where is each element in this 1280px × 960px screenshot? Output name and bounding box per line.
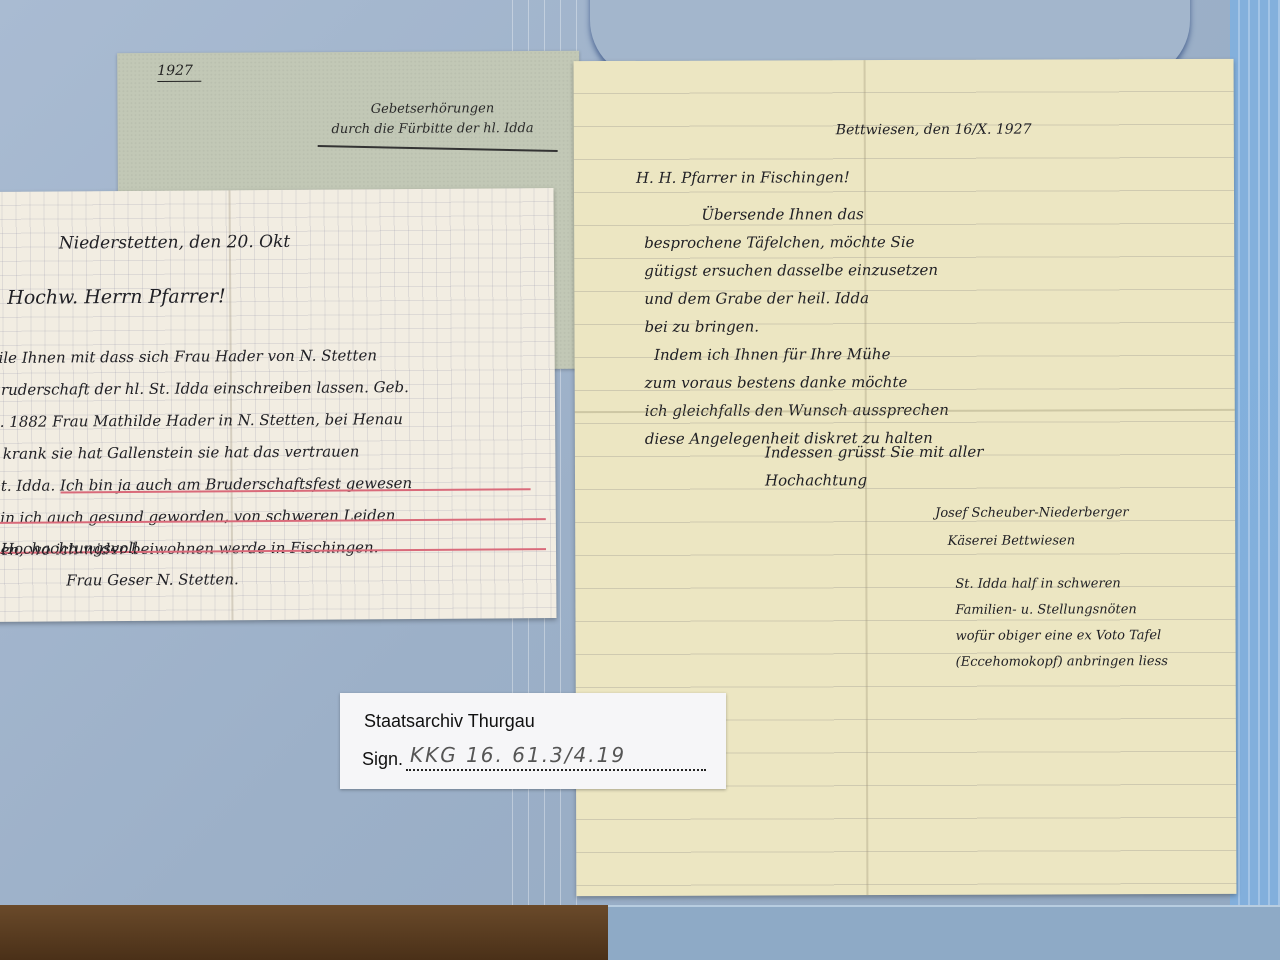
envelope-underline — [318, 145, 558, 152]
letter-date: Niederstetten, den 20. Okt — [59, 232, 290, 254]
label-dotted-line — [406, 767, 706, 771]
folder-edge — [1230, 0, 1280, 960]
label-sign-prefix: Sign. — [362, 749, 403, 770]
envelope-year: 1927 — [157, 63, 201, 82]
wooden-desk — [0, 905, 610, 960]
letter-date: Bettwiesen, den 16/X. 1927 — [836, 122, 1032, 139]
envelope-title: Gebetserhörungen durch die Fürbitte der … — [292, 99, 572, 140]
letter-niederstetten: Niederstetten, den 20. Okt Hochw. Herrn … — [0, 188, 556, 622]
letter-salutation: H. H. Pfarrer in Fischingen! — [636, 168, 850, 187]
envelope-title-line1: Gebetserhörungen — [292, 99, 572, 120]
letter-signature: Frau Geser N. Stetten. — [66, 570, 239, 589]
letter-body: Übersende Ihnen das besprochene Täfelche… — [644, 200, 949, 453]
letter-salutation: Hochw. Herrn Pfarrer! — [7, 285, 226, 309]
letter-closing: Hochachtungsvoll — [1, 539, 138, 558]
letter-annotation: St. Idda half in schweren Familien- u. S… — [955, 571, 1168, 676]
letter-body: eile Ihnen mit dass sich Frau Hader von … — [0, 339, 413, 566]
envelope-title-line2: durch die Fürbitte der hl. Idda — [293, 119, 573, 140]
label-signature-value: KKG 16. 61.3/4.19 — [410, 743, 626, 767]
archive-signature-label: Staatsarchiv Thurgau Sign. KKG 16. 61.3/… — [340, 693, 726, 789]
letter-closing: Indessen grüsst Sie mit aller Hochachtun… — [765, 438, 984, 495]
label-institution: Staatsarchiv Thurgau — [364, 711, 535, 732]
letter-signature: Josef Scheuber-Niederberger Käserei Bett… — [935, 499, 1129, 556]
folder-bottom-flap — [608, 905, 1280, 960]
